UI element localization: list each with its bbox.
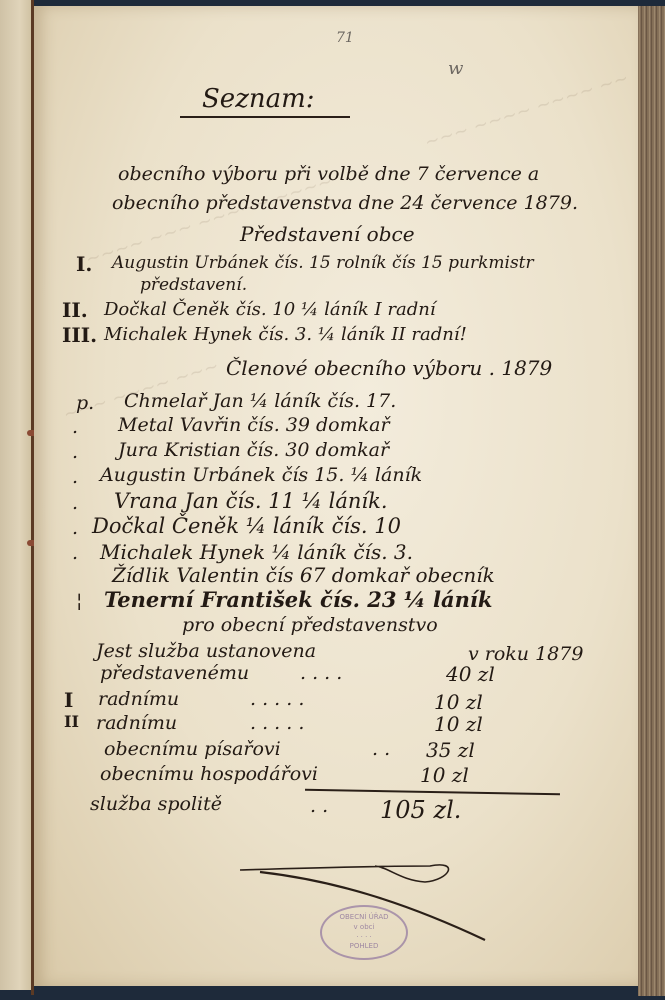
member-entry: Jura Kristian čís. 30 domkař <box>118 439 389 461</box>
member-mark: . <box>72 416 78 438</box>
pencil-mark: w <box>448 58 463 79</box>
member-entry: Chmelař Jan ¼ láník čís. 17. <box>124 390 396 412</box>
stamp-line: v obci <box>322 923 406 933</box>
board-entry: Dočkal Čeněk čís. 10 ¼ láník I radní <box>104 299 436 320</box>
page-edges <box>638 6 665 996</box>
total-amount: 105 zl. <box>380 796 461 824</box>
member-entry: Tenerní František čís. 23 ¼ láník <box>104 587 492 612</box>
salary-numeral: I <box>64 688 73 712</box>
salary-label: radnímu <box>98 688 179 710</box>
member-mark: ¦ <box>76 590 82 612</box>
board-numeral: I. <box>76 252 92 276</box>
member-mark: . <box>72 492 78 514</box>
section-heading-members: Členové obecního výboru . 1879 <box>226 356 552 380</box>
official-stamp: OBECNÍ ÚŘAD v obci · · · · POHLED <box>320 905 408 960</box>
salary-numeral: II <box>64 712 79 731</box>
salary-amount: 40 zl <box>446 662 495 686</box>
section-heading-board: Představení obce <box>240 222 415 246</box>
member-mark: . <box>72 441 78 463</box>
salary-dots: . . <box>372 738 390 760</box>
salary-amount: 10 zl <box>434 712 483 736</box>
intro-line: obecního výboru při volbě dne 7 července… <box>118 163 539 185</box>
salary-amount: 10 zl <box>434 690 483 714</box>
salary-label: obecnímu písařovi <box>104 738 281 760</box>
stamp-line: POHLED <box>322 942 406 952</box>
total-label: služba spolitě <box>90 793 222 815</box>
board-entry: Augustin Urbánek čís. 15 rolník čís 15 p… <box>112 253 534 273</box>
salary-label: radnímu <box>96 712 177 734</box>
salary-amount: 35 zl <box>426 738 475 762</box>
member-entry: Michalek Hynek ¼ láník čís. 3. <box>100 540 413 564</box>
salary-dots: . . . . . <box>250 688 304 710</box>
member-entry: Vrana Jan čís. 11 ¼ láník. <box>114 489 388 513</box>
salary-dots: . . . . . <box>250 712 304 734</box>
member-mark: . <box>72 466 78 488</box>
intro-line: obecního představenstva dne 24 července … <box>112 192 578 214</box>
member-entry: Dočkal Čeněk ¼ láník čís. 10 <box>92 514 401 538</box>
left-facing-page <box>0 0 33 990</box>
member-entry: Žídlik Valentin čís 67 domkař obecník <box>112 563 495 587</box>
total-dots: . . <box>310 795 328 817</box>
stamp-line: OBECNÍ ÚŘAD <box>322 913 406 923</box>
salary-dots: . . . . <box>300 662 342 684</box>
page-number: 71 <box>336 30 354 46</box>
board-entry: Michalek Hynek čís. 3. ¼ láník II radní! <box>104 324 467 345</box>
page-title: Seznam: <box>202 84 315 114</box>
member-mark: . <box>72 517 78 539</box>
salary-label: obecnímu hospodářovi <box>100 763 318 785</box>
salary-amount: 10 zl <box>420 763 469 787</box>
board-numeral: II. <box>62 298 88 322</box>
board-numeral: III. <box>62 323 97 347</box>
member-entry: Metal Vavřin čís. 39 domkař <box>118 414 390 436</box>
member-mark: . <box>72 542 78 564</box>
salary-heading: Jest služba ustanovena <box>96 640 316 662</box>
member-entry: Augustin Urbánek čís 15. ¼ láník <box>100 464 422 486</box>
title-underline <box>180 116 350 118</box>
salary-label: představenému <box>100 662 249 684</box>
board-entry-continuation: představení. <box>140 275 247 295</box>
salary-heading: pro obecní představenstvo <box>182 614 438 636</box>
member-mark: p. <box>76 392 94 414</box>
stamp-line: · · · · <box>322 933 406 943</box>
